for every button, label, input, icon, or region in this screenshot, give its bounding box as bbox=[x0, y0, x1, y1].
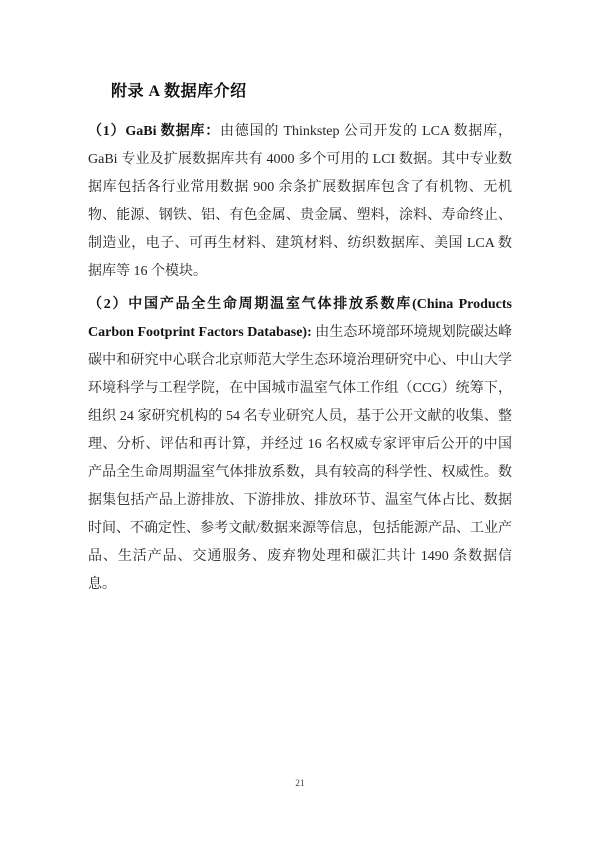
paragraph-text: 由德国的 Thinkstep 公司开发的 LCA 数据库，GaBi 专业及扩展数… bbox=[88, 124, 512, 279]
paragraph-text: 由生态环境部环境规划院碳达峰碳中和研究中心联合北京师范大学生态环境治理研究中心、… bbox=[88, 325, 512, 592]
paragraph: （2）中国产品全生命周期温室气体排放系数库(China Products Car… bbox=[88, 291, 512, 599]
page-number: 21 bbox=[0, 777, 600, 791]
page-title: 附录 A 数据库介绍 bbox=[111, 81, 512, 103]
paragraph-lead-bold: （1）GaBi 数据库： bbox=[88, 124, 220, 139]
document-body: （1）GaBi 数据库：由德国的 Thinkstep 公司开发的 LCA 数据库… bbox=[88, 118, 512, 599]
document-content: 附录 A 数据库介绍 （1）GaBi 数据库：由德国的 Thinkstep 公司… bbox=[88, 81, 512, 599]
document-page: 附录 A 数据库介绍 （1）GaBi 数据库：由德国的 Thinkstep 公司… bbox=[0, 0, 600, 849]
paragraph: （1）GaBi 数据库：由德国的 Thinkstep 公司开发的 LCA 数据库… bbox=[88, 118, 512, 286]
